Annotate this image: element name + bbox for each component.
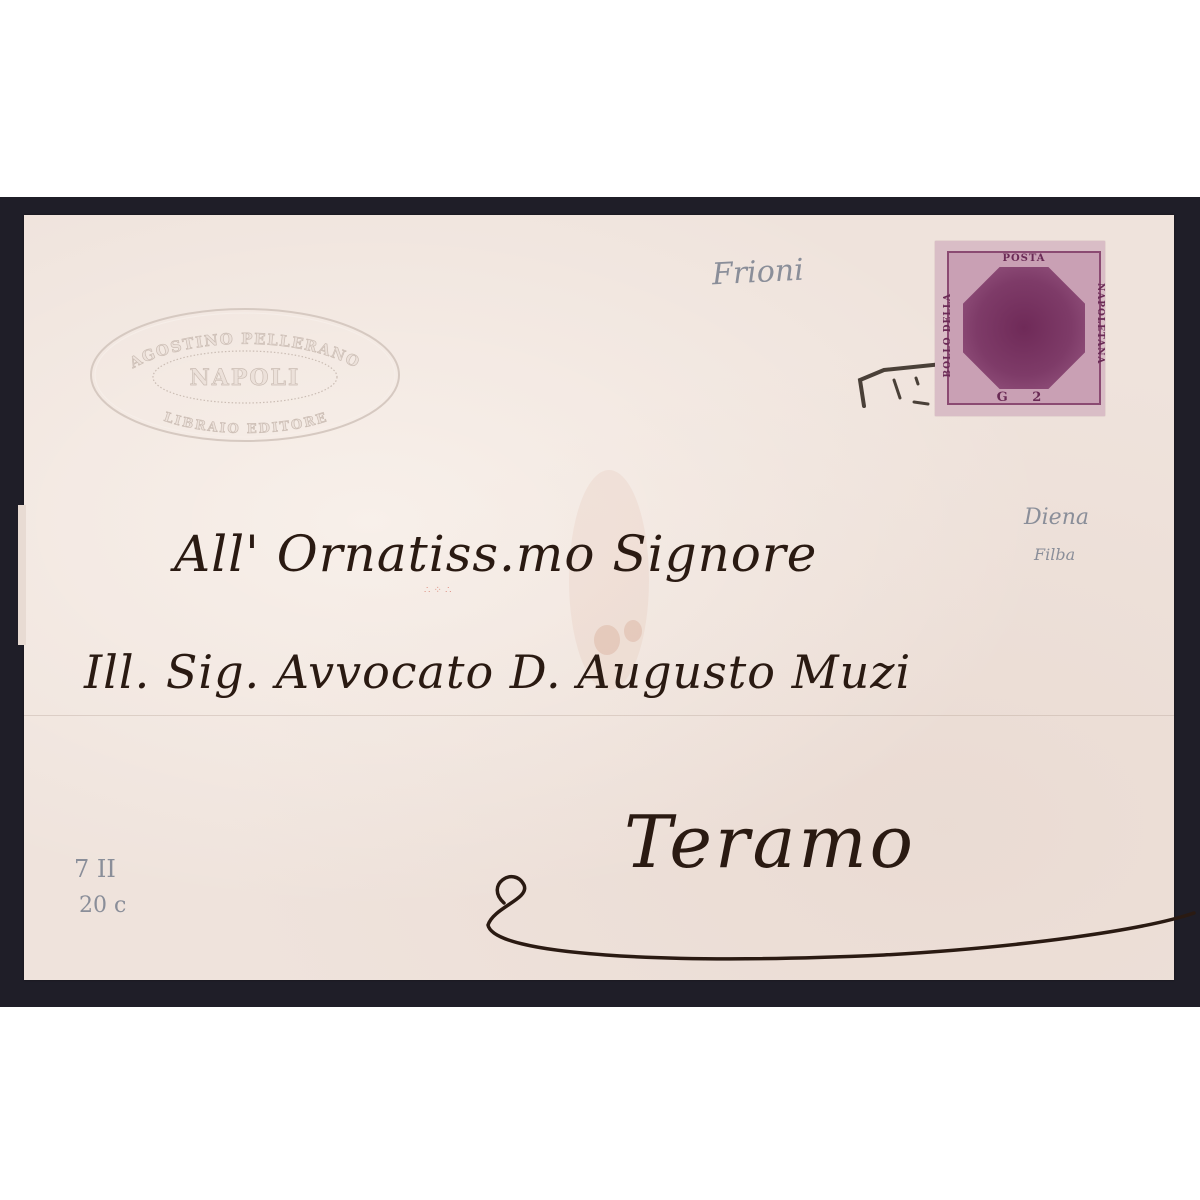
fold-line xyxy=(24,715,1174,716)
ink-underline-flourish xyxy=(464,815,1200,965)
address-salutation: All' Ornatiss.mo Signore xyxy=(174,525,817,583)
emboss-bottom-text: LIBRAIO EDITORE xyxy=(162,410,330,437)
stamp-denomination: G 2 xyxy=(949,390,1099,405)
folded-flap-edge xyxy=(18,505,26,645)
pencil-price-note: 20 c xyxy=(79,893,126,918)
pencil-expert-mark-2: Filba xyxy=(1034,545,1075,564)
pencil-expert-mark: Diena xyxy=(1024,505,1089,530)
stamp-right-legend: NAPOLETANA xyxy=(1095,283,1105,364)
stamp-top-legend: POSTA xyxy=(949,253,1099,264)
postage-stamp: POSTA BOLLO DELLA NAPOLETANA G 2 xyxy=(935,241,1105,416)
pencil-catalog-note: 7 II xyxy=(74,855,116,883)
stamp-frame: POSTA BOLLO DELLA NAPOLETANA G 2 xyxy=(947,251,1101,405)
pencil-signature-top: Frioni xyxy=(711,253,804,293)
emboss-city-text: NAPOLI xyxy=(190,365,301,391)
letter-cover: AGOSTINO PELLERANO NAPOLI LIBRAIO EDITOR… xyxy=(24,215,1174,980)
address-recipient: Ill. Sig. Avvocato D. Augusto Muzi xyxy=(84,645,911,699)
embossed-publisher-cachet: AGOSTINO PELLERANO NAPOLI LIBRAIO EDITOR… xyxy=(86,305,404,445)
stamp-left-legend: BOLLO DELLA xyxy=(943,293,953,378)
stamp-coat-of-arms xyxy=(963,267,1085,389)
faint-red-postmark: ∴ ⁘ ∴ xyxy=(424,585,451,596)
